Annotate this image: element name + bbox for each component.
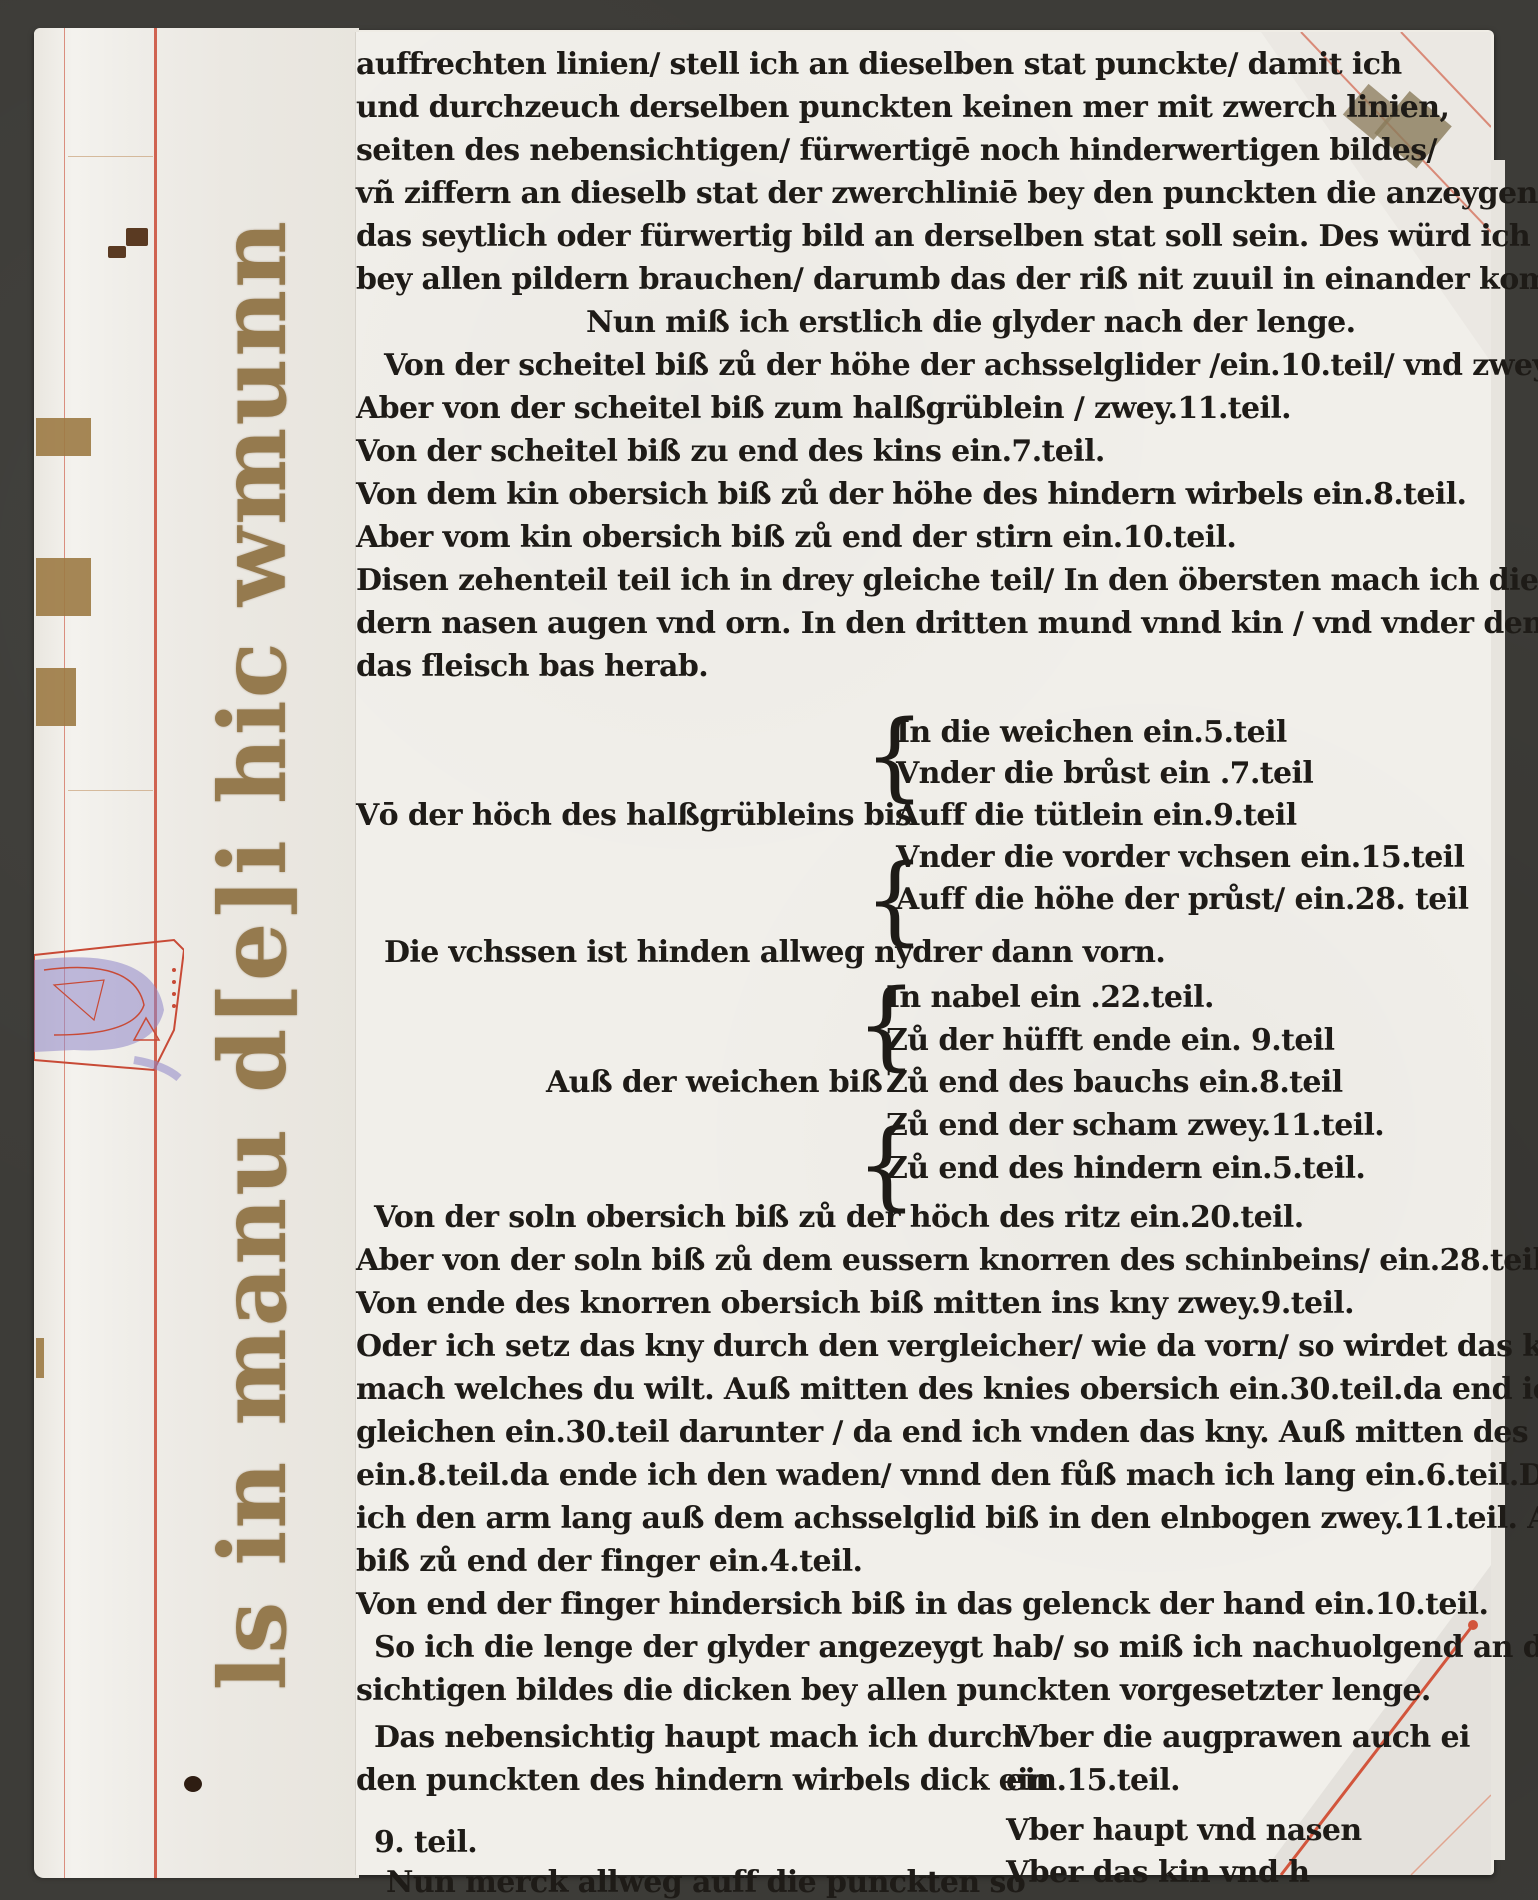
brace-item: Auff die tütlein ein.9.teil: [896, 795, 1297, 836]
text-line: Aber von der soln biß zů dem eussern kno…: [356, 1240, 1538, 1281]
brace-item: Zů der hüfft ende ein. 9.teil: [886, 1020, 1334, 1061]
text-line: Von der scheitel biß zu end des kins ein…: [356, 431, 1105, 472]
page-edge-strip: [1490, 160, 1505, 1860]
text-line: bey allen pildern brauchen/ darumb das d…: [356, 259, 1538, 300]
brace-lead: Auß der weichen biß: [546, 1062, 882, 1103]
column-right-line: Vber haupt vnd nasen: [1006, 1810, 1362, 1851]
brace-item: In nabel ein .22.teil.: [886, 977, 1214, 1018]
illuminated-initial-icon: [34, 900, 184, 1090]
spine-band-mark: [36, 558, 91, 616]
ink-blot: [108, 246, 126, 258]
spine-inscription: ls in manu d[e]i hic wmunn: [208, 30, 298, 1880]
brace-item: Zů end des bauchs ein.8.teil: [886, 1062, 1343, 1103]
text-line: Von end der finger hindersich biß in das…: [356, 1584, 1488, 1625]
text-line: gleichen ein.30.teil darunter / da end i…: [356, 1412, 1538, 1453]
text-line: ich den arm lang auß dem achsselglid biß…: [356, 1498, 1538, 1539]
text-line: Aber von der scheitel biß zum halßgrüble…: [356, 388, 1291, 429]
brace-item: In die weichen ein.5.teil: [896, 712, 1287, 753]
brace-item: Auff die höhe der průst/ ein.28. teil: [896, 879, 1468, 920]
column-left-line: den punckten des hindern wirbels dick ei…: [356, 1760, 1049, 1801]
spine-ruling-line: [68, 156, 153, 157]
column-left-line: Nun merck allweg auff die punckten so: [386, 1862, 1025, 1900]
ink-blot: [184, 1776, 202, 1792]
text-line: und durchzeuch derselben punckten keinen…: [356, 87, 1449, 128]
text-line: Von der soln obersich biß zů der höch de…: [374, 1197, 1304, 1238]
brace-item: Vnder die vorder vchsen ein.15.teil: [896, 837, 1464, 878]
text-line: das seytlich oder fürwertig bild an ders…: [356, 216, 1538, 257]
text-line: Die vchssen ist hinden allweg nydrer dan…: [384, 932, 1165, 973]
text-line: dern nasen augen vnd orn. In den dritten…: [356, 603, 1538, 644]
brace-item: Zů end des hindern ein.5.teil.: [886, 1148, 1365, 1189]
spine-band-mark: [36, 418, 91, 456]
text-line: Oder ich setz das kny durch den vergleic…: [356, 1326, 1538, 1367]
text-line: seiten des nebensichtigen/ fürwertigē no…: [356, 130, 1437, 171]
spine-ruling-line: [68, 790, 153, 791]
text-line: vñ ziffern an dieselb stat der zwerchlin…: [356, 173, 1538, 214]
text-line: Von der scheitel biß zů der höhe der ach…: [384, 345, 1538, 386]
text-line: auffrechten linien/ stell ich an dieselb…: [356, 44, 1402, 85]
column-right-line: Vber das kin vnd h: [1006, 1852, 1309, 1893]
text-line: biß zů end der finger ein.4.teil.: [356, 1541, 862, 1582]
column-left-line: 9. teil.: [374, 1822, 477, 1863]
text-line: das fleisch bas herab.: [356, 646, 708, 687]
text-line: Aber vom kin obersich biß zů end der sti…: [356, 517, 1236, 558]
ink-blot: [126, 228, 148, 246]
printed-page: auffrechten linien/ stell ich an dieselb…: [355, 32, 1491, 1875]
section-heading: Nun miß ich erstlich die glyder nach der…: [586, 302, 1355, 343]
text-line: Von ende des knorren obersich biß mitten…: [356, 1283, 1354, 1324]
text-line: sichtigen bildes die dicken bey allen pu…: [356, 1670, 1431, 1711]
text-line: Disen zehenteil teil ich in drey gleiche…: [356, 560, 1538, 601]
brace-item: Zů end der scham zwey.11.teil.: [886, 1105, 1384, 1146]
brace-item: Vnder die brůst ein .7.teil: [896, 753, 1313, 794]
column-right-line: Vber die augprawen auch ei: [1016, 1717, 1470, 1758]
text-line: Von dem kin obersich biß zů der höhe des…: [356, 474, 1466, 515]
spine-band-mark: [36, 1338, 44, 1378]
text-line: mach welches du wilt. Auß mitten des kni…: [356, 1369, 1538, 1410]
column-right-line: ein.15.teil.: [1006, 1760, 1180, 1801]
spine-band-mark: [36, 668, 76, 726]
column-left-line: Das nebensichtig haupt mach ich durch: [374, 1717, 1023, 1758]
text-line: So ich die lenge der glyder angezeygt ha…: [374, 1627, 1538, 1668]
text-line: ein.8.teil.da ende ich den waden/ vnnd d…: [356, 1455, 1538, 1496]
brace-lead: Vō der höch des halßgrübleins bis: [356, 795, 911, 836]
